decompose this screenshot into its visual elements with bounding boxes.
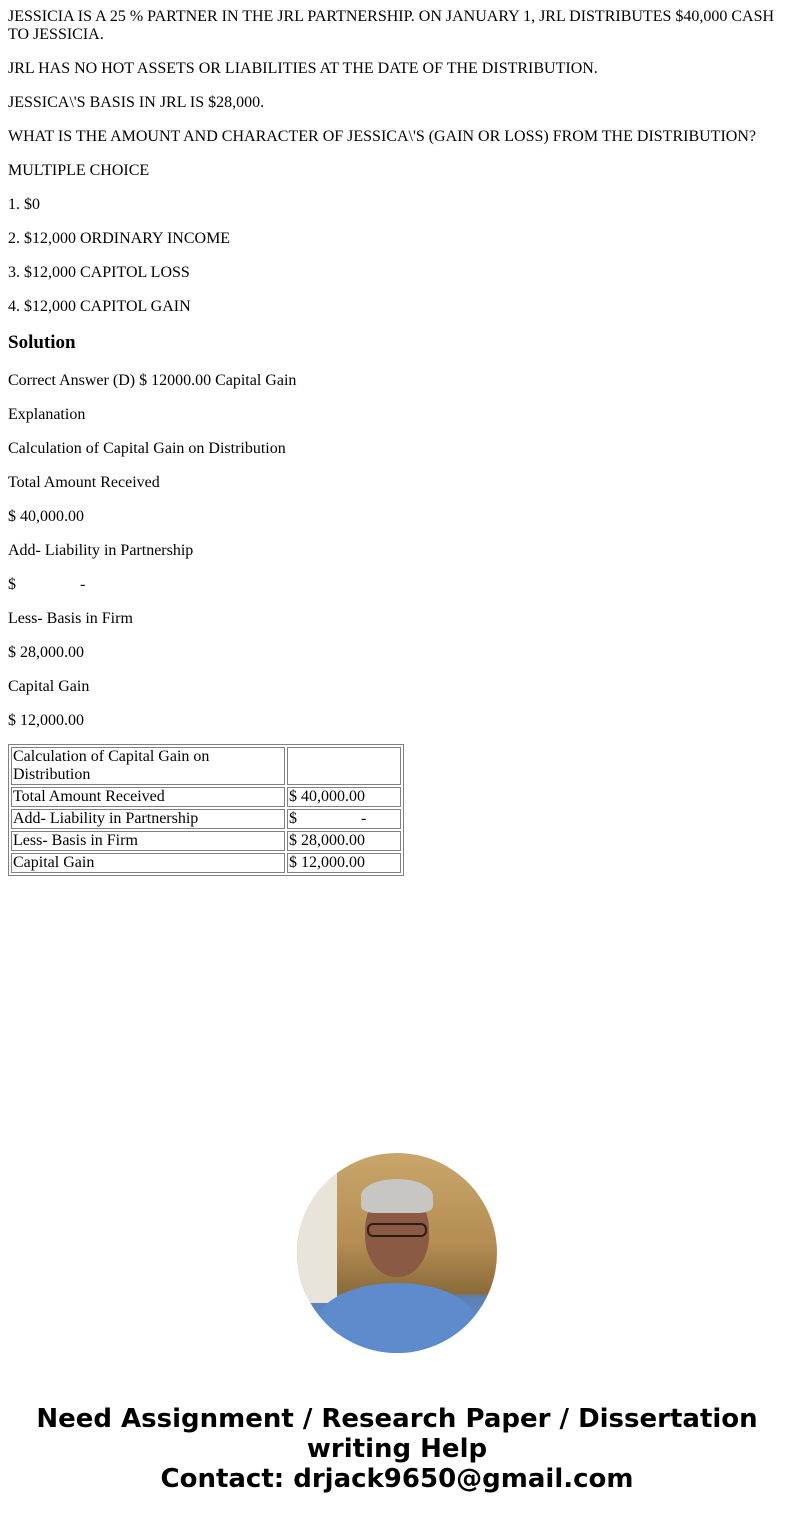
calc-line: Total Amount Received (8, 474, 786, 492)
question-paragraph: JRL HAS NO HOT ASSETS OR LIABILITIES AT … (8, 60, 786, 78)
question-section: JESSICIA IS A 25 % PARTNER IN THE JRL PA… (8, 8, 786, 316)
avatar-hair (361, 1179, 433, 1213)
table-cell-value: $ - (287, 809, 401, 829)
avatar-glasses (367, 1223, 427, 1237)
table-row: Total Amount Received $ 40,000.00 (11, 787, 401, 807)
table-cell-label: Capital Gain (11, 853, 285, 873)
question-paragraph: JESSICIA IS A 25 % PARTNER IN THE JRL PA… (8, 8, 786, 44)
solution-heading: Solution (8, 332, 786, 354)
table-header-cell: Calculation of Capital Gain on Distribut… (11, 747, 285, 785)
table-cell-value: $ 12,000.00 (287, 853, 401, 873)
question-paragraph: JESSICA\'S BASIS IN JRL IS $28,000. (8, 94, 786, 112)
table-header-cell (287, 747, 401, 785)
question-paragraph: WHAT IS THE AMOUNT AND CHARACTER OF JESS… (8, 128, 786, 146)
table-row: Add- Liability in Partnership $ - (11, 809, 401, 829)
tutor-avatar-photo (297, 1153, 497, 1353)
calc-value: $ 12,000.00 (8, 712, 786, 730)
avatar-shirt (317, 1283, 477, 1353)
choice-item: 1. $0 (8, 196, 786, 214)
calc-line: Less- Basis in Firm (8, 610, 786, 628)
solution-section: Correct Answer (D) $ 12000.00 Capital Ga… (8, 372, 786, 730)
calc-value: $ 28,000.00 (8, 644, 786, 662)
table-header-row: Calculation of Capital Gain on Distribut… (11, 747, 401, 785)
explanation-label: Explanation (8, 406, 786, 424)
multiple-choice-label: MULTIPLE CHOICE (8, 162, 786, 180)
calc-value: $ - (8, 576, 786, 594)
table-cell-label: Total Amount Received (11, 787, 285, 807)
avatar-background (297, 1153, 337, 1303)
calc-title: Calculation of Capital Gain on Distribut… (8, 440, 786, 458)
document-body: JESSICIA IS A 25 % PARTNER IN THE JRL PA… (0, 0, 794, 876)
table-row: Less- Basis in Firm $ 28,000.00 (11, 831, 401, 851)
correct-answer: Correct Answer (D) $ 12000.00 Capital Ga… (8, 372, 786, 390)
choice-item: 4. $12,000 CAPITOL GAIN (8, 298, 786, 316)
calc-line: Add- Liability in Partnership (8, 542, 786, 560)
table-cell-value: $ 40,000.00 (287, 787, 401, 807)
promo-line: Need Assignment / Research Paper / Disse… (0, 1404, 794, 1434)
table-cell-label: Add- Liability in Partnership (11, 809, 285, 829)
choice-item: 3. $12,000 CAPITOL LOSS (8, 264, 786, 282)
calc-line: Capital Gain (8, 678, 786, 696)
choice-item: 2. $12,000 ORDINARY INCOME (8, 230, 786, 248)
table-cell-value: $ 28,000.00 (287, 831, 401, 851)
calculation-table: Calculation of Capital Gain on Distribut… (8, 744, 404, 876)
promo-line: writing Help (0, 1434, 794, 1464)
promo-contact: Contact: drjack9650@gmail.com (0, 1464, 794, 1494)
table-cell-label: Less- Basis in Firm (11, 831, 285, 851)
table-row: Capital Gain $ 12,000.00 (11, 853, 401, 873)
calc-value: $ 40,000.00 (8, 508, 786, 526)
promo-banner: Need Assignment / Research Paper / Disse… (0, 1404, 794, 1494)
